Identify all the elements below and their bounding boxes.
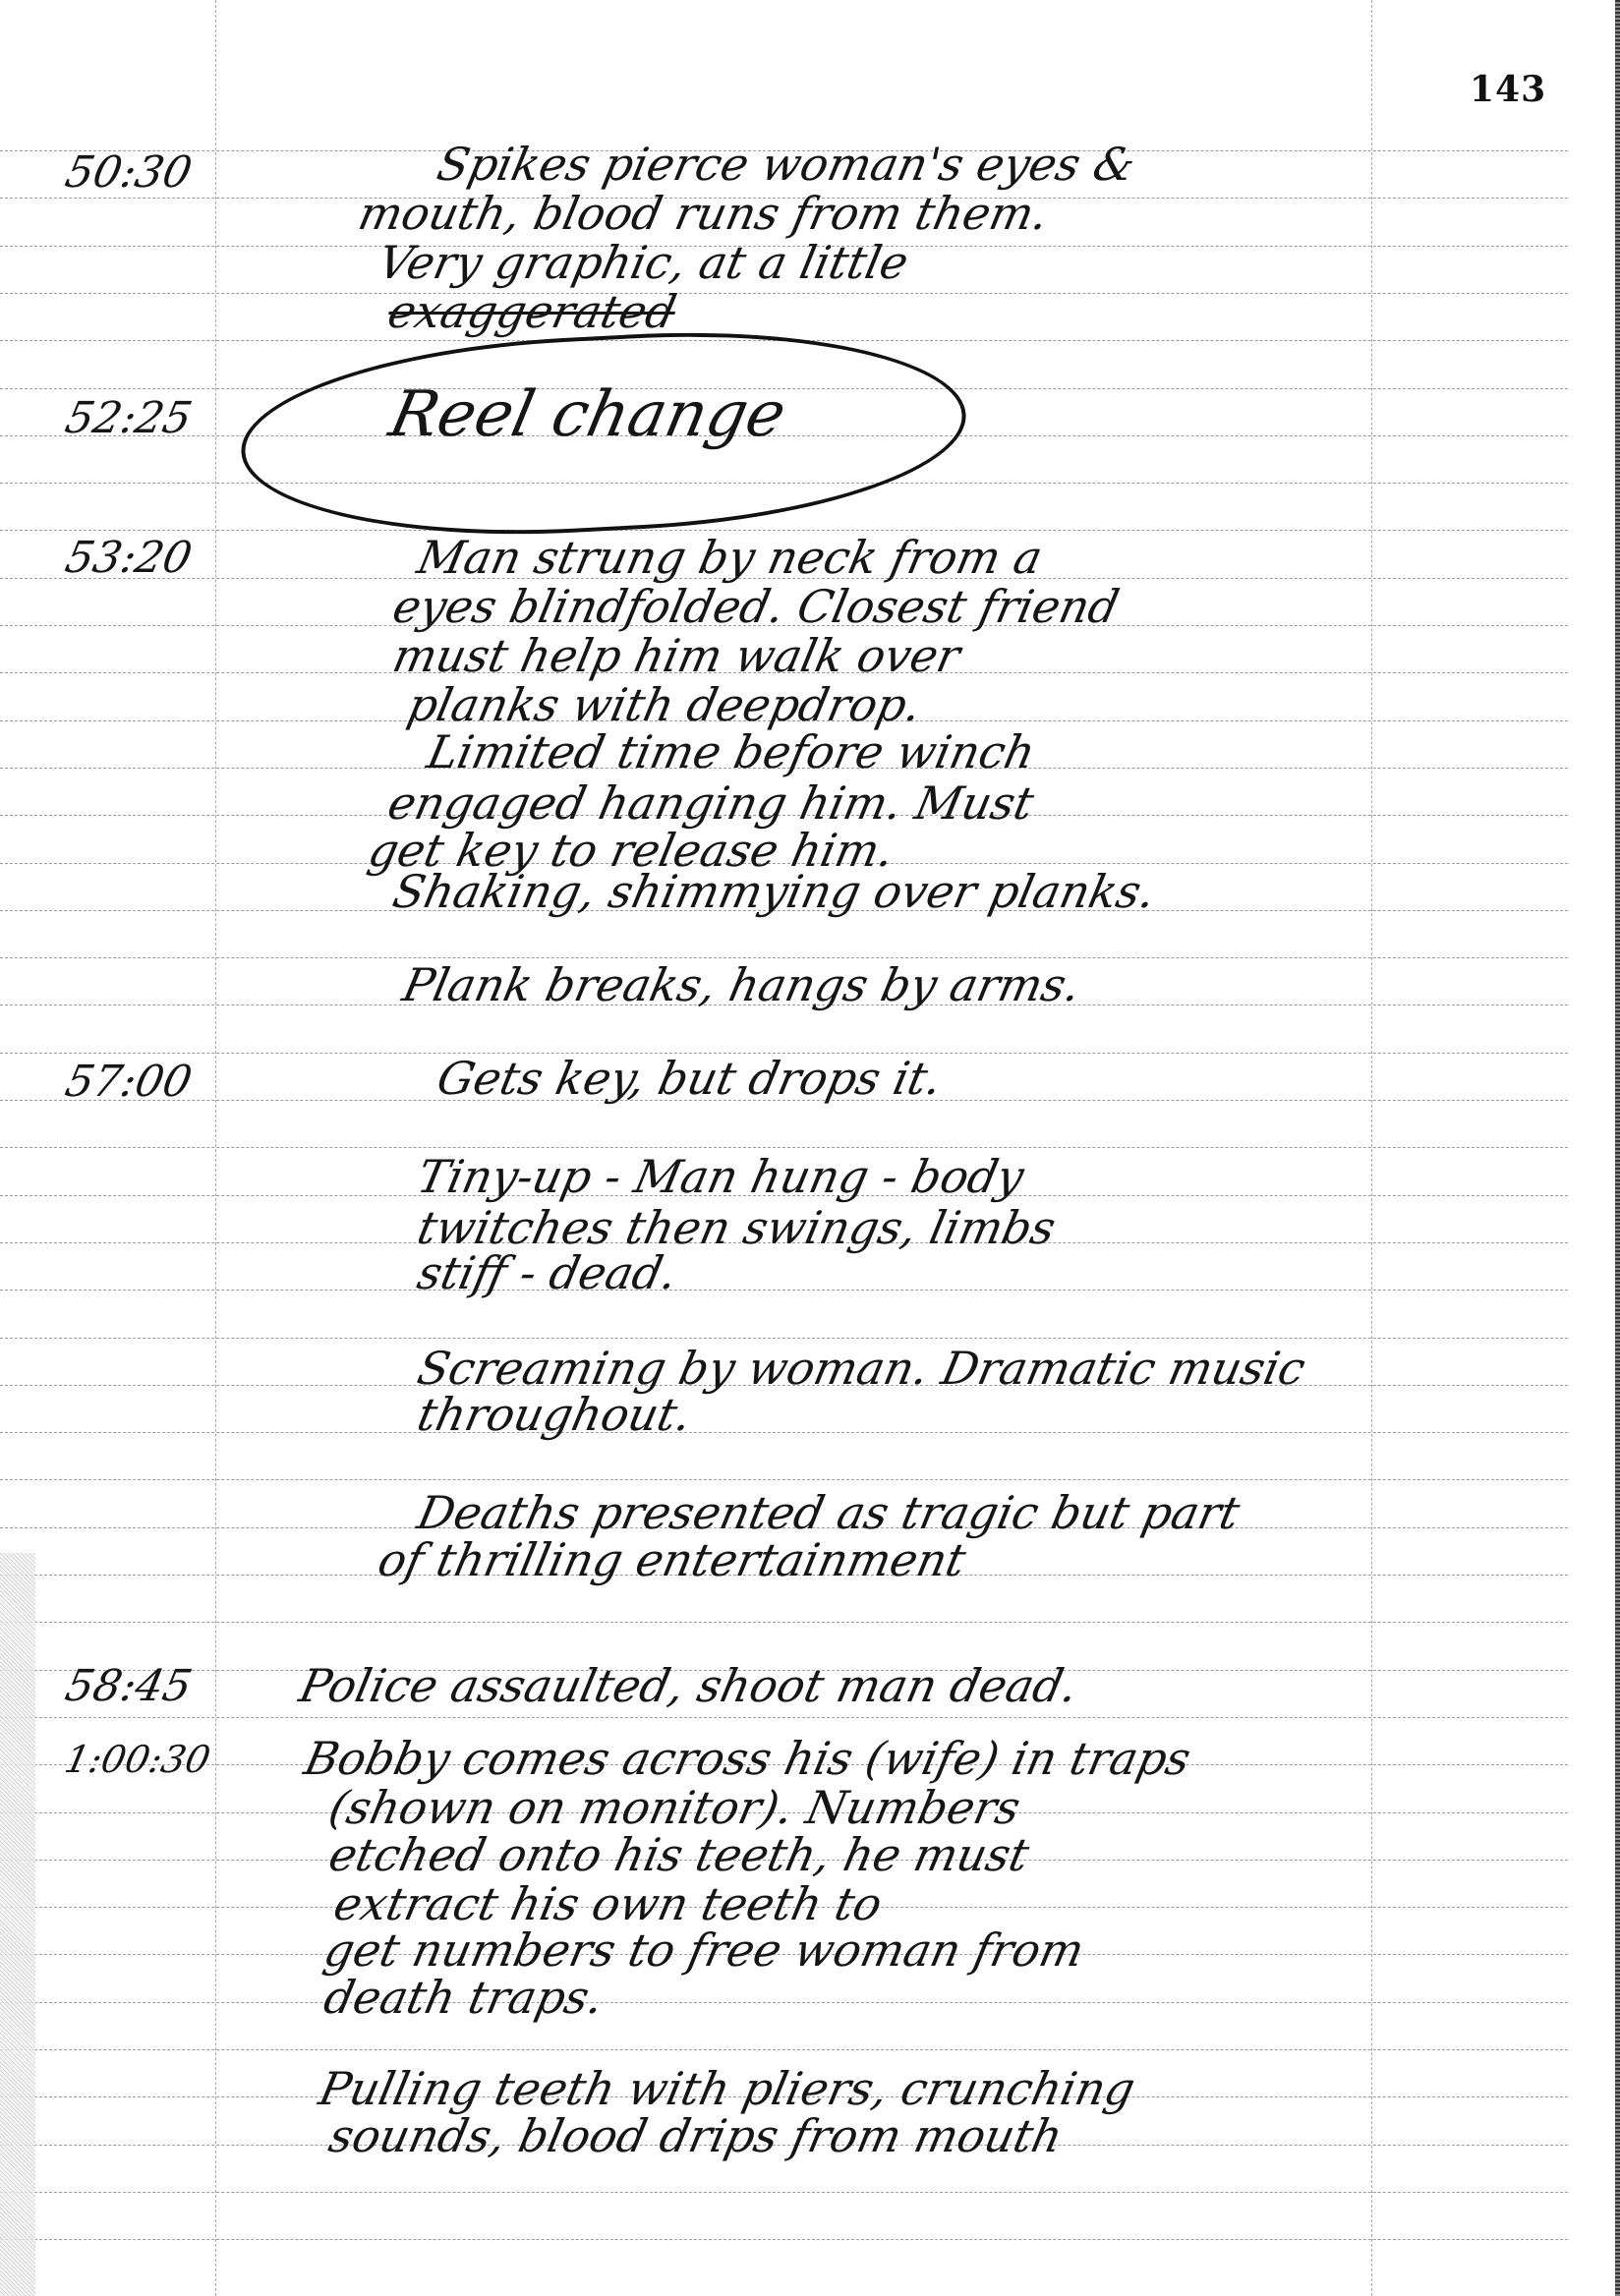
- ruled-line: [0, 293, 1568, 294]
- ruled-line: [0, 1290, 1568, 1291]
- note-line: Deaths presented as tragic but part: [413, 1486, 1244, 1539]
- ruled-line: [0, 1147, 1568, 1148]
- note-line: Screaming by woman. Dramatic music: [413, 1342, 1310, 1395]
- timestamp: 1:00:30: [61, 1738, 214, 1781]
- note-line: sounds, blood drips from mouth: [324, 2109, 1068, 2162]
- timestamp: 53:20: [61, 533, 197, 583]
- note-line: throughout.: [413, 1388, 696, 1441]
- note-line: Man strung by neck from a: [413, 531, 1047, 584]
- left-margin-line: [215, 0, 216, 2296]
- page-edge-border: [1615, 0, 1620, 2296]
- right-margin-line: [1371, 0, 1372, 2296]
- note-line: eyes blindfolded. Closest friend: [388, 580, 1124, 633]
- note-line: Police assaulted, shoot man dead.: [295, 1659, 1082, 1712]
- note-line: engaged hanging him. Must: [383, 776, 1038, 830]
- timestamp: 57:00: [61, 1057, 197, 1107]
- timestamp: 52:25: [61, 393, 197, 443]
- note-line: Limited time before winch: [423, 725, 1040, 778]
- ruled-line: [0, 1717, 1568, 1718]
- ruled-line: [0, 2002, 1568, 2003]
- struck-word: exaggerated: [383, 285, 681, 338]
- note-line: must help him walk over: [388, 629, 965, 682]
- note-line: of thrilling entertainment: [374, 1533, 970, 1586]
- scan-shadow: [0, 1553, 35, 2296]
- timestamp: 50:30: [61, 147, 197, 198]
- ruled-line: [0, 1432, 1568, 1433]
- note-line: Very graphic, at a little: [374, 236, 913, 289]
- ruled-line: [0, 1338, 1568, 1339]
- ruled-line: [0, 2192, 1568, 2193]
- note-line: Pulling teeth with pliers, crunching: [315, 2062, 1139, 2115]
- note-line: extract his own teeth to: [329, 1877, 887, 1930]
- note-line: stiff - dead.: [413, 1246, 682, 1299]
- ruled-line: [0, 2049, 1568, 2050]
- note-line: death traps.: [319, 1971, 608, 2024]
- note-line: Spikes pierce woman's eyes &: [433, 138, 1140, 191]
- note-line: planks with deepdrop.: [403, 678, 926, 731]
- note-line: Bobby comes across his (wife) in traps: [300, 1732, 1195, 1785]
- timestamp: 58:45: [61, 1661, 197, 1711]
- ruled-line: [0, 1622, 1568, 1623]
- ruled-line: [0, 2239, 1568, 2240]
- reel-change-label: Reel change: [383, 378, 792, 451]
- note-line: Tiny-up - Man hung - body: [413, 1150, 1028, 1203]
- note-line: (shown on monitor). Numbers: [324, 1781, 1025, 1834]
- notebook-page: 143 50:30 Spikes pierce woman's eyes & m…: [0, 0, 1620, 2296]
- ruled-line: [0, 1479, 1568, 1480]
- note-line: Plank breaks, hangs by arms.: [398, 958, 1085, 1011]
- note-line: mouth, blood runs from them.: [354, 187, 1053, 240]
- page-number: 143: [1470, 69, 1546, 110]
- note-line: get numbers to free woman from: [319, 1923, 1089, 1977]
- note-line: Gets key, but drops it.: [433, 1052, 947, 1105]
- note-line: Shaking, shimmying over planks.: [388, 865, 1160, 918]
- note-line: etched onto his teeth, he must: [324, 1828, 1034, 1881]
